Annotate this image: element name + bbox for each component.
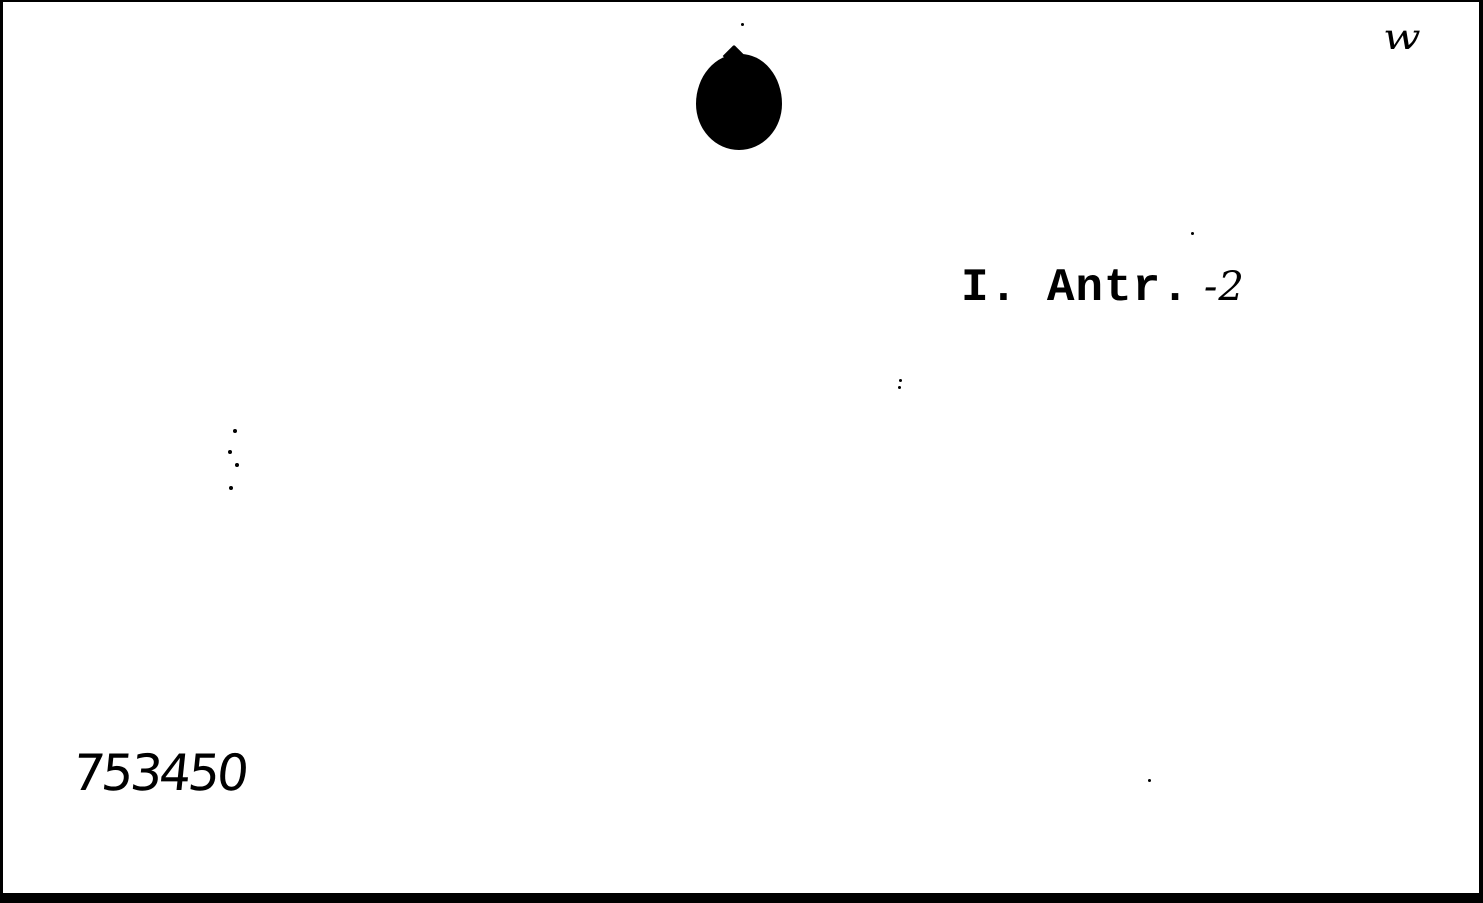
card-number: 753450 xyxy=(70,744,249,802)
card-heading: I. Antr.-2 xyxy=(961,262,1245,314)
speck xyxy=(741,23,744,26)
speck xyxy=(235,463,239,467)
speck xyxy=(229,486,233,490)
heading-suffix: -2 xyxy=(1204,264,1245,310)
speck xyxy=(899,379,902,382)
speck xyxy=(1191,232,1194,235)
heading-text: I. Antr. xyxy=(961,262,1190,314)
index-card: w I. Antr.-2 753450 xyxy=(3,2,1479,893)
punch-hole xyxy=(696,54,782,150)
speck xyxy=(228,450,232,454)
speck xyxy=(898,386,901,389)
speck xyxy=(1148,779,1151,782)
speck xyxy=(233,429,237,433)
handwritten-corner-mark: w xyxy=(1383,20,1421,55)
